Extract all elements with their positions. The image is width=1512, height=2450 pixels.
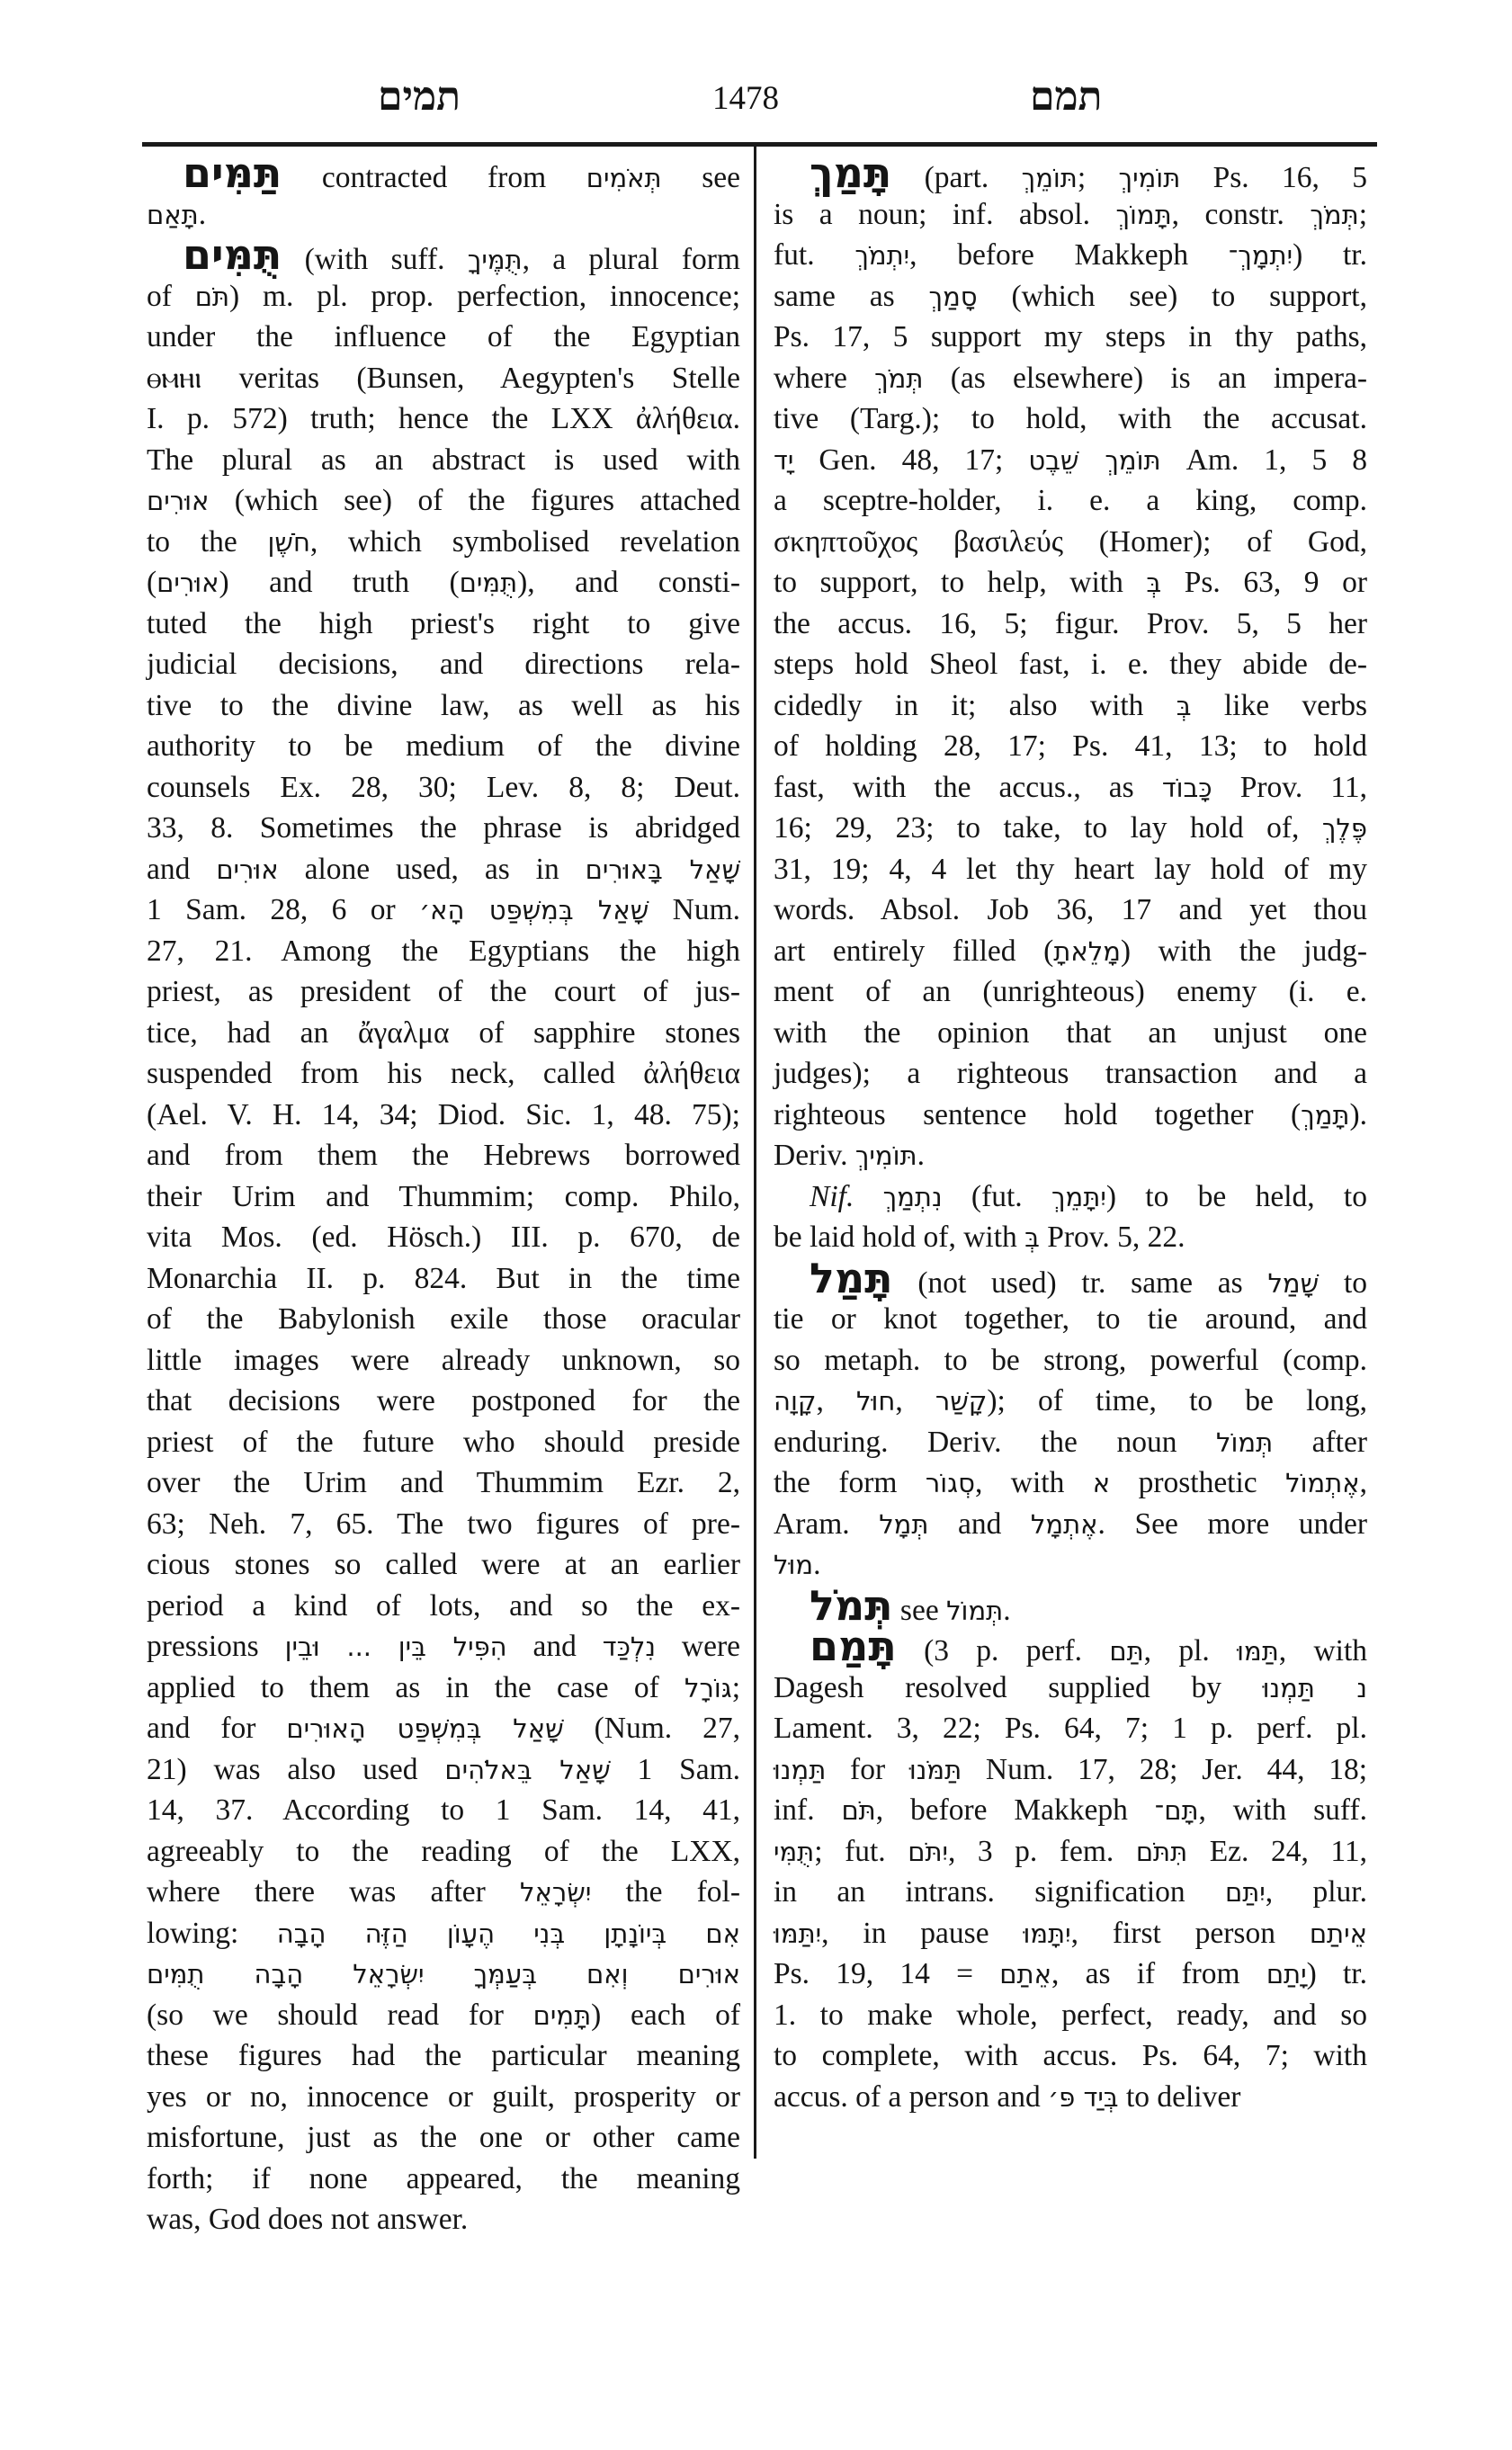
text-line: 16; 29, 23; to take, to lay hold of, פֶּ… — [774, 808, 1367, 849]
hebrew-word: תַּמְנוּ — [774, 1755, 826, 1785]
hebrew-word: א — [1093, 1468, 1110, 1498]
text-line: period a kind of lots, and so the ex- — [147, 1586, 740, 1627]
hebrew-word: תָּמַךְ — [1301, 1100, 1349, 1131]
text-line: words. Absol. Job 36, 17 and yet thou — [774, 890, 1367, 931]
text-line: be laid hold of, with בְּ Prov. 5, 22. — [774, 1217, 1367, 1258]
text-line: little images were already unknown, so — [147, 1340, 740, 1381]
hebrew-word: שָׁמַל — [1267, 1268, 1319, 1299]
hebrew-word: תֻּמִּים — [460, 568, 518, 598]
guide-word-right: תמם — [1030, 74, 1102, 120]
text-line: תֻּמִּי; fut. יִתֹּם, 3 p. fem. תִּתֹּם … — [774, 1831, 1367, 1873]
hebrew-word: שָׁאַל בָּאוּרִים — [586, 854, 740, 885]
hebrew-word: יִשְׂרָאֵל — [520, 1877, 591, 1908]
hebrew-word: תָּמוֹךְ — [1115, 200, 1171, 230]
text-line: over the Urim and Thummim Ezr. 2, — [147, 1462, 740, 1504]
hebrew-word: סָמַךְ — [929, 282, 978, 312]
text-line: מוּל. — [774, 1544, 1367, 1586]
text-line: (אוּרִים) and truth (תֻּמִּים), and cons… — [147, 562, 740, 604]
text-line: I. p. 572) truth; hence the LXX ἀλήθεια. — [147, 398, 740, 440]
hebrew-word: תְּמֹךְ — [874, 363, 923, 394]
text-line: of תֹּם) m. pl. prop. perfection, innoce… — [147, 276, 740, 317]
hebrew-word: נִתְמַךְ — [883, 1182, 943, 1212]
hebrew-word: תֹּם — [195, 282, 229, 312]
hebrew-word: הִפִּיל בֵּין ... וּבֵין — [285, 1632, 507, 1662]
text-line: Ps. 17, 5 support my steps in thy paths, — [774, 317, 1367, 358]
hebrew-word: חוּל — [856, 1386, 895, 1417]
hebrew-word: תֻּמִּי — [774, 1837, 814, 1867]
dictionary-entry: תָּמַם (3 p. perf. תַּם, pl. תַּמּוּ, wi… — [774, 1626, 1367, 2117]
text-line: 33, 8. Sometimes the phrase is abridged — [147, 808, 740, 849]
hebrew-word: תַּמֹּנוּ — [909, 1755, 962, 1785]
text-line: and for שָׁאַל בְּמִשְׁפַּט הָאוּרִים (N… — [147, 1708, 740, 1749]
hebrew-word: בְּ — [1024, 1222, 1040, 1253]
text-line: art entirely filled (מָלֵאתָ) with the j… — [774, 931, 1367, 972]
headword: Nif. — [810, 1180, 854, 1213]
hebrew-word: כָּבוֹד — [1162, 773, 1212, 803]
text-line: יָד Gen. 48, 17; תּוֹמֵךְ שֵׁבֶט Am. 1, … — [774, 440, 1367, 481]
text-line: the accus. 16, 5; figur. Prov. 5, 5 her — [774, 604, 1367, 645]
text-line: vita Mos. (ed. Hösch.) III. p. 670, de — [147, 1217, 740, 1258]
text-line: Aram. תְּמָל and אֶתְמָל. See more under — [774, 1504, 1367, 1545]
hebrew-word: תּוֹמִיךְ — [1119, 163, 1181, 193]
text-line: cidedly in it; also with בְּ like verbs — [774, 685, 1367, 727]
text-line: counsels Ex. 28, 30; Lev. 8, 8; Deut. — [147, 767, 740, 809]
text-line: fast, with the accus., as כָּבוֹד Prov. … — [774, 767, 1367, 809]
text-line: suspended from his neck, called ἀλήθεια — [147, 1053, 740, 1095]
headword: תָּמַם — [810, 1622, 897, 1670]
text-line: applied to them as in the case of גּוֹרָ… — [147, 1668, 740, 1709]
hebrew-word: יִתָּמֵךְ — [1051, 1182, 1106, 1212]
text-line: The plural as an abstract is used with — [147, 440, 740, 481]
hebrew-word: תַּמּוּ — [1237, 1636, 1279, 1667]
hebrew-word: תְּאֹמִים — [586, 163, 662, 193]
text-line: 63; Neh. 7, 65. The two figures of pre- — [147, 1504, 740, 1545]
hebrew-word: יִתְמֹךְ — [854, 240, 909, 271]
text-line: of holding 28, 17; Ps. 41, 13; to hold — [774, 726, 1367, 767]
dictionary-entry: תָּמַל (not used) tr. same as שָׁמַל tot… — [774, 1258, 1367, 1586]
page-header: תמים 1478 תמם — [144, 74, 1376, 137]
hebrew-word: תָּאַם — [147, 200, 199, 230]
text-line: to complete, with accus. Ps. 64, 7; with — [774, 2035, 1367, 2077]
text-line: of the Babylonish exile those oracular — [147, 1299, 740, 1340]
hebrew-word: בְּיַד פּ׳ — [1048, 2082, 1118, 2113]
text-line: a sceptre-holder, i. e. a king, comp. — [774, 480, 1367, 522]
hebrew-word: יָד — [774, 445, 793, 476]
text-line: under the influence of the Egyptian — [147, 317, 740, 358]
dictionary-entry: תָּמַךְ (part. תּוֹמֵךְ; תּוֹמִיךְ Ps. 1… — [774, 153, 1367, 1176]
text-line: קָוָה, חוּל, קָשַׁר); of time, to be lon… — [774, 1381, 1367, 1422]
hebrew-word: תְּמָל — [879, 1509, 928, 1540]
text-line: ment of an (unrighteous) enemy (i. e. — [774, 971, 1367, 1013]
hebrew-word: חֹשֶׁן — [268, 527, 310, 558]
hebrew-word: קָוָה — [774, 1386, 816, 1417]
text-line: Ps. 19, 14 = אֵתַם, as if from יָתַם) tr… — [774, 1954, 1367, 1995]
text-line: תָּמַם (3 p. perf. תַּם, pl. תַּמּוּ, wi… — [774, 1626, 1367, 1668]
text-line: steps hold Sheol fast, i. e. they abide … — [774, 644, 1367, 685]
hebrew-word: בְּ — [1176, 691, 1192, 721]
text-line: with the opinion that an unjust one — [774, 1013, 1367, 1054]
text-line: priest of the future who should preside — [147, 1422, 740, 1463]
hebrew-word: מָלֵאתָ — [1053, 936, 1121, 967]
text-line: 27, 21. Among the Egyptians the high — [147, 931, 740, 972]
text-line: yes or no, innocence or guilt, prosperit… — [147, 2077, 740, 2118]
text-line: accus. of a person and בְּיַד פּ׳ to del… — [774, 2077, 1367, 2118]
hebrew-word: תּוֹמֵךְ שֵׁבֶט — [1028, 445, 1160, 476]
text-line: (so we should read for תָּמִים) each of — [147, 1995, 740, 2036]
text-line: σκηπτοῦχος βασιλεύς (Homer); of God, — [774, 522, 1367, 563]
text-line: inf. תֹּם, before Makkeph תָּם־, with su… — [774, 1790, 1367, 1831]
hebrew-word: יִתֹּם — [908, 1837, 948, 1867]
text-line: judicial decisions, and directions rela- — [147, 644, 740, 685]
hebrew-word: שָׁאַל בֵּאלֹהִים — [444, 1755, 610, 1785]
text-line: judges); a righteous transaction and a — [774, 1053, 1367, 1095]
text-line: agreeably to the reading of the LXX, — [147, 1831, 740, 1873]
hebrew-word: תְּמוֹל — [946, 1596, 1003, 1626]
dictionary-entry: Nif. נִתְמַךְ (fut. יִתָּמֵךְ) to be hel… — [774, 1176, 1367, 1258]
text-line: תָּאַם. — [147, 194, 740, 236]
text-line: pressions הִפִּיל בֵּין ... וּבֵין and נ… — [147, 1626, 740, 1668]
hebrew-word: אֶתְמָל — [1031, 1509, 1098, 1540]
text-line: enduring. Deriv. the noun תְּמוֹל after — [774, 1422, 1367, 1463]
text-line: same as סָמַךְ (which see) to support, — [774, 276, 1367, 317]
headword: תָּמַךְ — [810, 148, 891, 197]
text-line: and אוּרִים alone used, as in שָׁאַל בָּ… — [147, 849, 740, 890]
hebrew-word: תְּמֹךְ — [1310, 200, 1358, 230]
hebrew-word: גּוֹרָל — [684, 1673, 732, 1703]
text-line: that decisions were postponed for the — [147, 1381, 740, 1422]
text-line: tive to the divine law, as well as his — [147, 685, 740, 727]
hebrew-word: תִּתֹּם — [1136, 1837, 1187, 1867]
text-line: 31, 19; 4, 4 let thy heart lay hold of m… — [774, 849, 1367, 890]
text-line: in an intrans. signification יִתַּם, plu… — [774, 1872, 1367, 1913]
text-line: fut. יִתְמֹךְ, before Makkeph יִתְמָךְ־)… — [774, 235, 1367, 276]
hebrew-word: שָׁאַל בְּמִשְׁפַּט הָאוּרִים — [286, 1713, 563, 1744]
hebrew-word: תּוֹמֵךְ — [1022, 163, 1078, 193]
hebrew-word: תָּם־ — [1155, 1795, 1199, 1826]
right-column: תָּמַךְ (part. תּוֹמֵךְ; תּוֹמִיךְ Ps. 1… — [774, 153, 1367, 2117]
headword: תֻּמִּים — [183, 230, 282, 279]
hebrew-word: תּוֹמִיךְ — [855, 1140, 917, 1171]
hebrew-word: אֵיתַם — [1310, 1918, 1367, 1949]
hebrew-word: יִתַּמּוּ — [774, 1918, 821, 1949]
hebrew-word: יָתַם — [1266, 1959, 1307, 1990]
text-line: and from them the Hebrews borrowed — [147, 1135, 740, 1176]
text-line: is a noun; inf. absol. תָּמוֹךְ, constr.… — [774, 194, 1367, 236]
text-line: to support, to help, with בְּ Ps. 63, 9 … — [774, 562, 1367, 604]
header-rule — [142, 142, 1377, 147]
hebrew-word: אוּרִים — [157, 568, 219, 598]
hebrew-word: פֶּלֶךְ — [1322, 813, 1367, 844]
hebrew-word: אֵתַם — [999, 1959, 1051, 1990]
text-line: תַּמְנוּ for תַּמֹּנוּ Num. 17, 28; Jer.… — [774, 1749, 1367, 1791]
text-line: תֻּמִּים (with suff. תֻּמֶּיךָ, a plural… — [147, 235, 740, 276]
text-line: righteous sentence hold together (תָּמַך… — [774, 1095, 1367, 1136]
dictionary-entry: תְּמֹל see תְּמוֹל. — [774, 1586, 1367, 1627]
text-line: (Ael. V. H. 14, 34; Diod. Sic. 1, 48. 75… — [147, 1095, 740, 1136]
guide-word-left: תמים — [378, 74, 461, 120]
hebrew-word: יִתָּמּוּ — [1023, 1918, 1070, 1949]
text-line: tice, had an ἄγαλμα of sapphire stones — [147, 1013, 740, 1054]
hebrew-word: אוּרִים — [147, 486, 209, 516]
text-line: the form סְגוֹר, with א prosthetic אֶתְמ… — [774, 1462, 1367, 1504]
text-line: תְּמֹל see תְּמוֹל. — [774, 1586, 1367, 1627]
text-line: תָּמַל (not used) tr. same as שָׁמַל to — [774, 1258, 1367, 1300]
text-line: where תְּמֹךְ (as elsewhere) is an imper… — [774, 358, 1367, 399]
text-line: אוּרִים (which see) of the figures attac… — [147, 480, 740, 522]
text-line: Lament. 3, 22; Ps. 64, 7; 1 p. perf. pl. — [774, 1708, 1367, 1749]
hebrew-word: שָׁאַל בְּמִשְׁפַּט הָא׳ — [419, 895, 649, 925]
hebrew-word: תֹּם — [841, 1795, 875, 1826]
hebrew-word: יִתַּם — [1225, 1877, 1266, 1908]
text-line: so metaph. to be strong, powerful (comp. — [774, 1340, 1367, 1381]
text-line: was, God does not answer. — [147, 2199, 740, 2240]
text-line: priest, as president of the court of jus… — [147, 971, 740, 1013]
text-line: ⲑⲙⲏⲓ veritas (Bunsen, Aegypten's Stelle — [147, 358, 740, 399]
hebrew-word: נִלְכַּד — [603, 1632, 656, 1662]
hebrew-word: אֶתְמוֹל — [1285, 1468, 1360, 1498]
hebrew-word: אִם בְּיוֹנָתָן בְּנִי הֶעָוֹן הַזֶּה הָ… — [277, 1918, 740, 1949]
text-line: where there was after יִשְׂרָאֵל the fol… — [147, 1872, 740, 1913]
text-line: these figures had the particular meaning — [147, 2035, 740, 2077]
text-line: tive (Targ.); to hold, with the accusat. — [774, 398, 1367, 440]
text-line: to the חֹשֶׁן, which symbolised revelati… — [147, 522, 740, 563]
headword: תַּמִּים — [183, 148, 282, 197]
text-line: their Urim and Thummim; comp. Philo, — [147, 1176, 740, 1218]
text-line: tuted the high priest's right to give — [147, 604, 740, 645]
text-line: 21) was also used שָׁאַל בֵּאלֹהִים 1 Sa… — [147, 1749, 740, 1791]
dictionary-entry: תַּמִּים contracted from תְּאֹמִים seeתָ… — [147, 153, 740, 235]
column-divider — [754, 144, 756, 2159]
text-line: תָּמַךְ (part. תּוֹמֵךְ; תּוֹמִיךְ Ps. 1… — [774, 153, 1367, 194]
text-line: misfortune, just as the one or other cam… — [147, 2117, 740, 2159]
text-line: יִתַּמּוּ, in pause יִתָּמּוּ, first per… — [774, 1913, 1367, 1954]
text-line: 1. to make whole, perfect, ready, and so — [774, 1995, 1367, 2036]
hebrew-word: יִתְמָךְ־ — [1229, 240, 1293, 271]
hebrew-word: תָּמִים — [533, 2000, 592, 2031]
hebrew-word: מוּל — [774, 1550, 813, 1580]
text-line: Monarchia II. p. 824. But in the time — [147, 1258, 740, 1300]
hebrew-word: קָשַׁר — [935, 1386, 988, 1417]
page-number: 1478 — [712, 79, 779, 118]
hebrew-word: תֻּמֶּיךָ — [468, 245, 523, 275]
hebrew-word: סְגוֹר — [926, 1468, 975, 1498]
text-line: 1 Sam. 28, 6 or שָׁאַל בְּמִשְׁפַּט הָא׳… — [147, 890, 740, 931]
text-line: tie or knot together, to tie around, and — [774, 1299, 1367, 1340]
left-column: תַּמִּים contracted from תְּאֹמִים seeתָ… — [147, 153, 740, 2240]
dictionary-entry: תֻּמִּים (with suff. תֻּמֶּיךָ, a plural… — [147, 235, 740, 2240]
text-line: forth; if none appeared, the meaning — [147, 2159, 740, 2200]
text-line: authority to be medium of the divine — [147, 726, 740, 767]
hebrew-word: תְּמוֹל — [1216, 1427, 1273, 1458]
text-line: Deriv. תּוֹמִיךְ. — [774, 1135, 1367, 1176]
text-line: lowing: אִם בְּיוֹנָתָן בְּנִי הֶעָוֹן ה… — [147, 1913, 740, 1954]
headword: תָּמַל — [810, 1254, 893, 1302]
text-line: תַּמִּים contracted from תְּאֹמִים see — [147, 153, 740, 194]
hebrew-word: אוּרִים וְאִם בְּעַמְּךָ יִשְׂרָאֵל הָבָ… — [147, 1959, 740, 1990]
hebrew-word: בְּ — [1146, 568, 1161, 598]
hebrew-word: תַּם — [1109, 1636, 1143, 1667]
text-line: cious stones so called were at an earlie… — [147, 1544, 740, 1586]
text-line: אוּרִים וְאִם בְּעַמְּךָ יִשְׂרָאֵל הָבָ… — [147, 1954, 740, 1995]
text-line: Nif. נִתְמַךְ (fut. יִתָּמֵךְ) to be hel… — [774, 1176, 1367, 1218]
text-line: Dagesh resolved supplied by נ תַּמְנוּ — [774, 1668, 1367, 1709]
hebrew-word: אוּרִים — [216, 854, 278, 885]
text-line: 14, 37. According to 1 Sam. 14, 41, — [147, 1790, 740, 1831]
hebrew-word: נ תַּמְנוּ — [1263, 1673, 1367, 1703]
